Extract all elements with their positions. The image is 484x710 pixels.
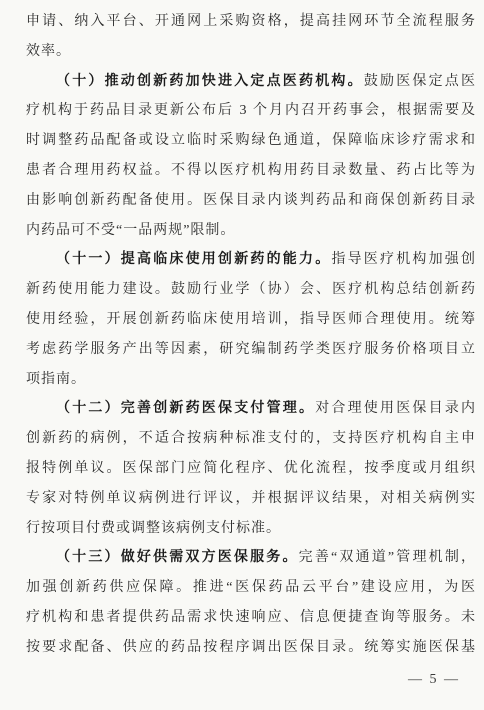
text-line: 专家对特例单议病例进行评议，并根据评议结果，对相关病例实 [26, 484, 476, 514]
body-text: 专家对特例单议病例进行评议，并根据评议结果，对相关病例实 [26, 491, 476, 506]
body-text: 使用经验，开展创新药临床使用培训，指导医师合理使用。统筹 [26, 312, 476, 327]
page-number: — 5 — [408, 672, 460, 688]
section-heading: （十二）完善创新药医保支付管理。 [56, 401, 315, 416]
section-heading: （十三）做好供需双方医保服务。 [56, 550, 299, 565]
body-text: 疗机构和患者提供药品需求快速响应、信息便捷查询等服务。未 [26, 610, 476, 625]
text-line: 时调整药品配备或设立临时采购绿色通道，保障临床诊疗需求和 [26, 126, 476, 156]
body-text: 鼓励医保定点医 [364, 74, 476, 89]
body-text: 项指南。 [26, 372, 86, 387]
body-text: 效率。 [26, 44, 71, 59]
paragraph: （十一）提高临床使用创新药的能力。指导医疗机构加强创新药使用能力建设。鼓励行业学… [26, 245, 476, 394]
body-text: 按要求配备、供应的药品按程序调出医保目录。统筹实施医保基 [26, 640, 476, 655]
body-text: 疗机构于药品目录更新公布后 3 个月内召开药事会，根据需要及 [26, 103, 476, 118]
body-text: 申请、纳入平台、开通网上采购资格，提高挂网环节全流程服务 [26, 14, 476, 29]
text-line: 由影响创新药配备使用。医保目录内谈判药品和商保创新药目录 [26, 186, 476, 216]
body-text: 报特例单议。医保部门应简化程序、优化流程，按季度或月组织 [26, 461, 476, 476]
text-line: 疗机构和患者提供药品需求快速响应、信息便捷查询等服务。未 [26, 603, 476, 633]
text-line: 新药使用能力建设。鼓励行业学（协）会、医疗机构总结创新药 [26, 275, 476, 305]
paragraph: 申请、纳入平台、开通网上采购资格，提高挂网环节全流程服务效率。 [26, 7, 476, 67]
text-line: 患者合理用药权益。不得以医疗机构用药目录数量、药占比等为 [26, 156, 476, 186]
paragraph: （十）推动创新药加快进入定点医药机构。鼓励医保定点医疗机构于药品目录更新公布后 … [26, 67, 476, 246]
section-heading: （十一）提高临床使用创新药的能力。 [56, 252, 331, 267]
body-text: 对合理使用医保目录内 [315, 401, 476, 416]
text-line: 考虑药学服务产出等因素，研究编制药学类医疗服务价格项目立 [26, 335, 476, 365]
body-text: 内药品可不受“一品两规”限制。 [26, 223, 235, 238]
text-line: （十二）完善创新药医保支付管理。对合理使用医保目录内 [26, 394, 476, 424]
body-text: 完善“双通道”管理机制， [299, 550, 476, 565]
text-line: 效率。 [26, 37, 476, 67]
body-text: 指导医疗机构加强创 [331, 252, 476, 267]
document-body: 申请、纳入平台、开通网上采购资格，提高挂网环节全流程服务效率。（十）推动创新药加… [26, 7, 476, 663]
text-line: 报特例单议。医保部门应简化程序、优化流程，按季度或月组织 [26, 454, 476, 484]
body-text: 行按项目付费或调整该病例支付标准。 [26, 521, 281, 536]
text-line: （十）推动创新药加快进入定点医药机构。鼓励医保定点医 [26, 67, 476, 97]
text-line: （十三）做好供需双方医保服务。完善“双通道”管理机制， [26, 543, 476, 573]
body-text: 由影响创新药配备使用。医保目录内谈判药品和商保创新药目录 [26, 193, 476, 208]
text-line: 加强创新药供应保障。推进“医保药品云平台”建设应用，为医 [26, 573, 476, 603]
paragraph: （十二）完善创新药医保支付管理。对合理使用医保目录内创新药的病例，不适合按病种标… [26, 394, 476, 543]
body-text: 创新药的病例，不适合按病种标准支付的，支持医疗机构自主申 [26, 431, 476, 446]
body-text: 患者合理用药权益。不得以医疗机构用药目录数量、药占比等为 [26, 163, 476, 178]
text-line: 使用经验，开展创新药临床使用培训，指导医师合理使用。统筹 [26, 305, 476, 335]
text-line: （十一）提高临床使用创新药的能力。指导医疗机构加强创 [26, 245, 476, 275]
body-text: 考虑药学服务产出等因素，研究编制药学类医疗服务价格项目立 [26, 342, 476, 357]
text-line: 内药品可不受“一品两规”限制。 [26, 216, 476, 246]
body-text: 加强创新药供应保障。推进“医保药品云平台”建设应用，为医 [26, 580, 476, 595]
paragraph: （十三）做好供需双方医保服务。完善“双通道”管理机制，加强创新药供应保障。推进“… [26, 543, 476, 662]
text-line: 行按项目付费或调整该病例支付标准。 [26, 514, 476, 544]
section-heading: （十）推动创新药加快进入定点医药机构。 [56, 74, 364, 89]
document-page: 申请、纳入平台、开通网上采购资格，提高挂网环节全流程服务效率。（十）推动创新药加… [0, 0, 484, 710]
text-line: 项指南。 [26, 365, 476, 395]
text-line: 按要求配备、供应的药品按程序调出医保目录。统筹实施医保基 [26, 633, 476, 663]
text-line: 申请、纳入平台、开通网上采购资格，提高挂网环节全流程服务 [26, 7, 476, 37]
text-line: 疗机构于药品目录更新公布后 3 个月内召开药事会，根据需要及 [26, 96, 476, 126]
body-text: 时调整药品配备或设立临时采购绿色通道，保障临床诊疗需求和 [26, 133, 476, 148]
text-line: 创新药的病例，不适合按病种标准支付的，支持医疗机构自主申 [26, 424, 476, 454]
body-text: 新药使用能力建设。鼓励行业学（协）会、医疗机构总结创新药 [26, 282, 476, 297]
